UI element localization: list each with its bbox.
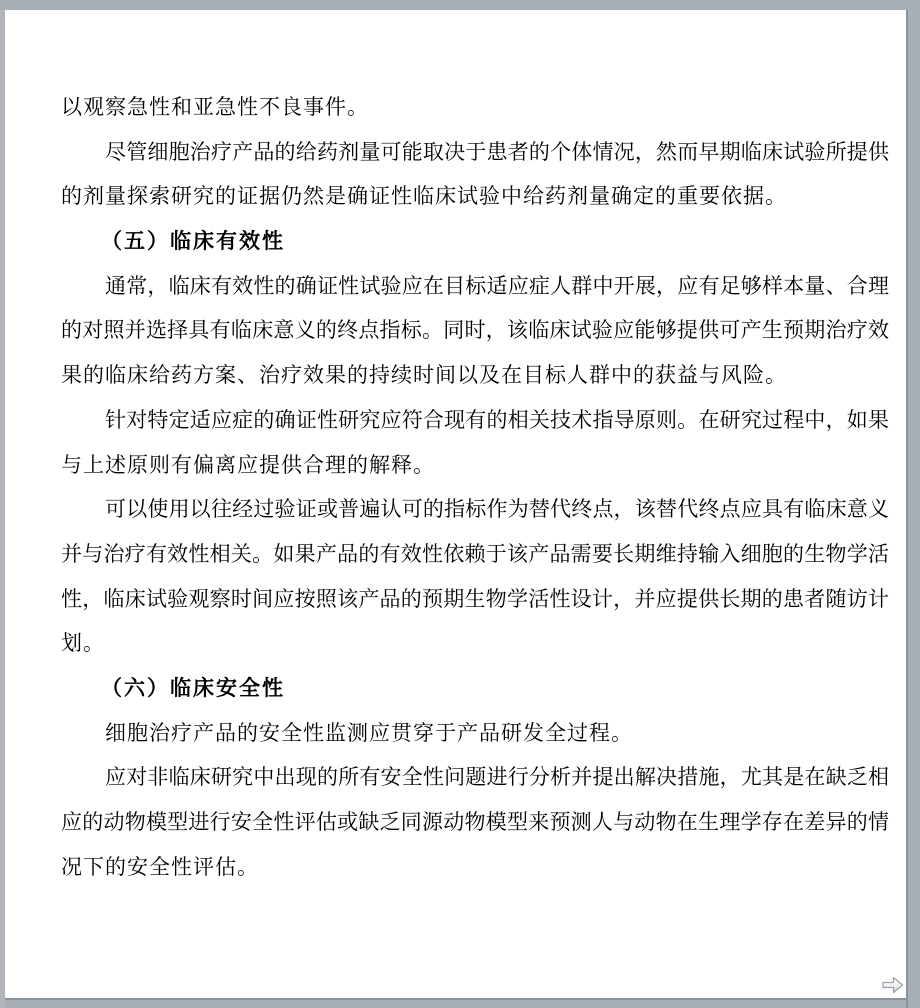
- section-heading-5: （五）临床有效性: [61, 220, 889, 265]
- paragraph-line: 果的临床给药方案、治疗效果的持续时间以及在目标人群中的获益与风险。: [61, 354, 889, 399]
- paragraph-line: 细胞治疗产品的安全性监测应贯穿于产品研发全过程。: [61, 712, 889, 757]
- next-page-arrow-icon[interactable]: [881, 975, 905, 995]
- paragraph-line: 的剂量探索研究的证据仍然是确证性临床试验中给药剂量确定的重要依据。: [61, 175, 889, 220]
- paragraph-line: 通常，临床有效性的确证性试验应在目标适应症人群中开展，应有足够样本量、合理: [61, 265, 889, 310]
- paragraph-line: 划。: [61, 622, 889, 667]
- paragraph-line: 与上述原则有偏离应提供合理的解释。: [61, 444, 889, 489]
- paragraph-line: 应的动物模型进行安全性评估或缺乏同源动物模型来预测人与动物在生理学存在差异的情: [61, 801, 889, 846]
- paragraph-line: 尽管细胞治疗产品的给药剂量可能取决于患者的个体情况，然而早期临床试验所提供: [61, 131, 889, 176]
- document-text-block: 以观察急性和亚急性不良事件。 尽管细胞治疗产品的给药剂量可能取决于患者的个体情况…: [61, 86, 889, 890]
- paragraph-line: 况下的安全性评估。: [61, 846, 889, 891]
- page-border-right: [906, 10, 920, 1008]
- document-page: 以观察急性和亚急性不良事件。 尽管细胞治疗产品的给药剂量可能取决于患者的个体情况…: [5, 10, 906, 998]
- paragraph-line: 性，临床试验观察时间应按照该产品的预期生物学活性设计，并应提供长期的患者随访计: [61, 578, 889, 623]
- paragraph-line: 以观察急性和亚急性不良事件。: [61, 86, 889, 131]
- section-heading-6: （六）临床安全性: [61, 667, 889, 712]
- paragraph-line: 应对非临床研究中出现的所有安全性问题进行分析并提出解决措施，尤其是在缺乏相: [61, 756, 889, 801]
- paragraph-line: 的对照并选择具有临床意义的终点指标。同时，该临床试验应能够提供可产生预期治疗效: [61, 309, 889, 354]
- paragraph-line: 针对特定适应症的确证性研究应符合现有的相关技术指导原则。在研究过程中，如果: [61, 399, 889, 444]
- page-border-bottom: [5, 998, 906, 1008]
- page-border-top: [0, 0, 920, 10]
- paragraph-line: 并与治疗有效性相关。如果产品的有效性依赖于该产品需要长期维持输入细胞的生物学活: [61, 533, 889, 578]
- document-viewer: { "window": { "colors": { "frame_gray": …: [0, 0, 920, 1008]
- paragraph-line: 可以使用以往经过验证或普遍认可的指标作为替代终点，该替代终点应具有临床意义: [61, 488, 889, 533]
